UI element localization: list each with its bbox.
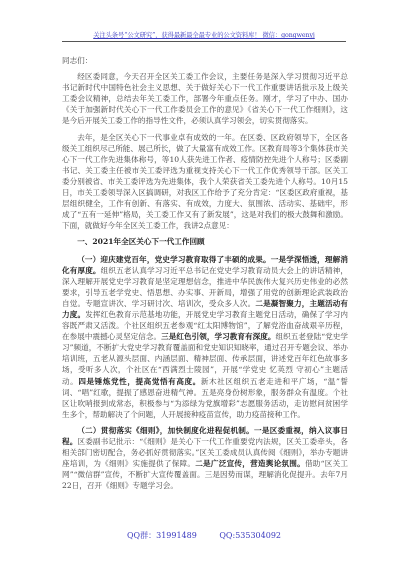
paragraph-last-year: 去年，是全区关心下一代事业卓有成效的一年。在区委、区政府领导下，全区各级关工组织… bbox=[62, 132, 348, 232]
qq-group: QQ群：31991489 bbox=[127, 531, 197, 540]
salutation: 同志们： bbox=[62, 55, 348, 66]
subheading-3: 三是红色引领，学习教育有深度。 bbox=[161, 332, 275, 341]
subheading-6: 二是广泛宣传，营造舆论氛围。 bbox=[195, 459, 305, 468]
paragraph-rules: （二）贯彻落实《细则》，加快制度化进程促机制。一是区委重视，纳入议事日程。区委副… bbox=[62, 425, 348, 492]
footer-contact: QQ群：31991489 QQ:535304092 bbox=[0, 530, 408, 541]
header-banner[interactable]: 关注头条号“公文研究”，获得最新最全最专业的公文资料库！ 微信：gongweny… bbox=[62, 30, 346, 42]
section-title-review: 一、2021年全区关心下一代工作回顾 bbox=[62, 236, 348, 247]
subheading-4: 四是锤炼党性，提高觉悟有高度。 bbox=[78, 377, 201, 386]
paragraph-party-history: （一）迎庆建党百年，党史学习教育取得了丰硕的成果。一是学深悟透，理解消化有厚度。… bbox=[62, 254, 348, 420]
qq-number: QQ:535304092 bbox=[219, 531, 281, 540]
paragraph-intro: 经区委同意，今天召开全区关工委工作会议，主要任务是深入学习贯彻习近平总书记新时代… bbox=[62, 71, 348, 126]
document-body: 同志们： 经区委同意，今天召开全区关工委工作会议，主要任务是深入学习贯彻习近平总… bbox=[62, 55, 348, 496]
banner-text[interactable]: 关注头条号“公文研究”，获得最新最全最专业的公文资料库！ 微信：gongweny… bbox=[93, 32, 315, 39]
